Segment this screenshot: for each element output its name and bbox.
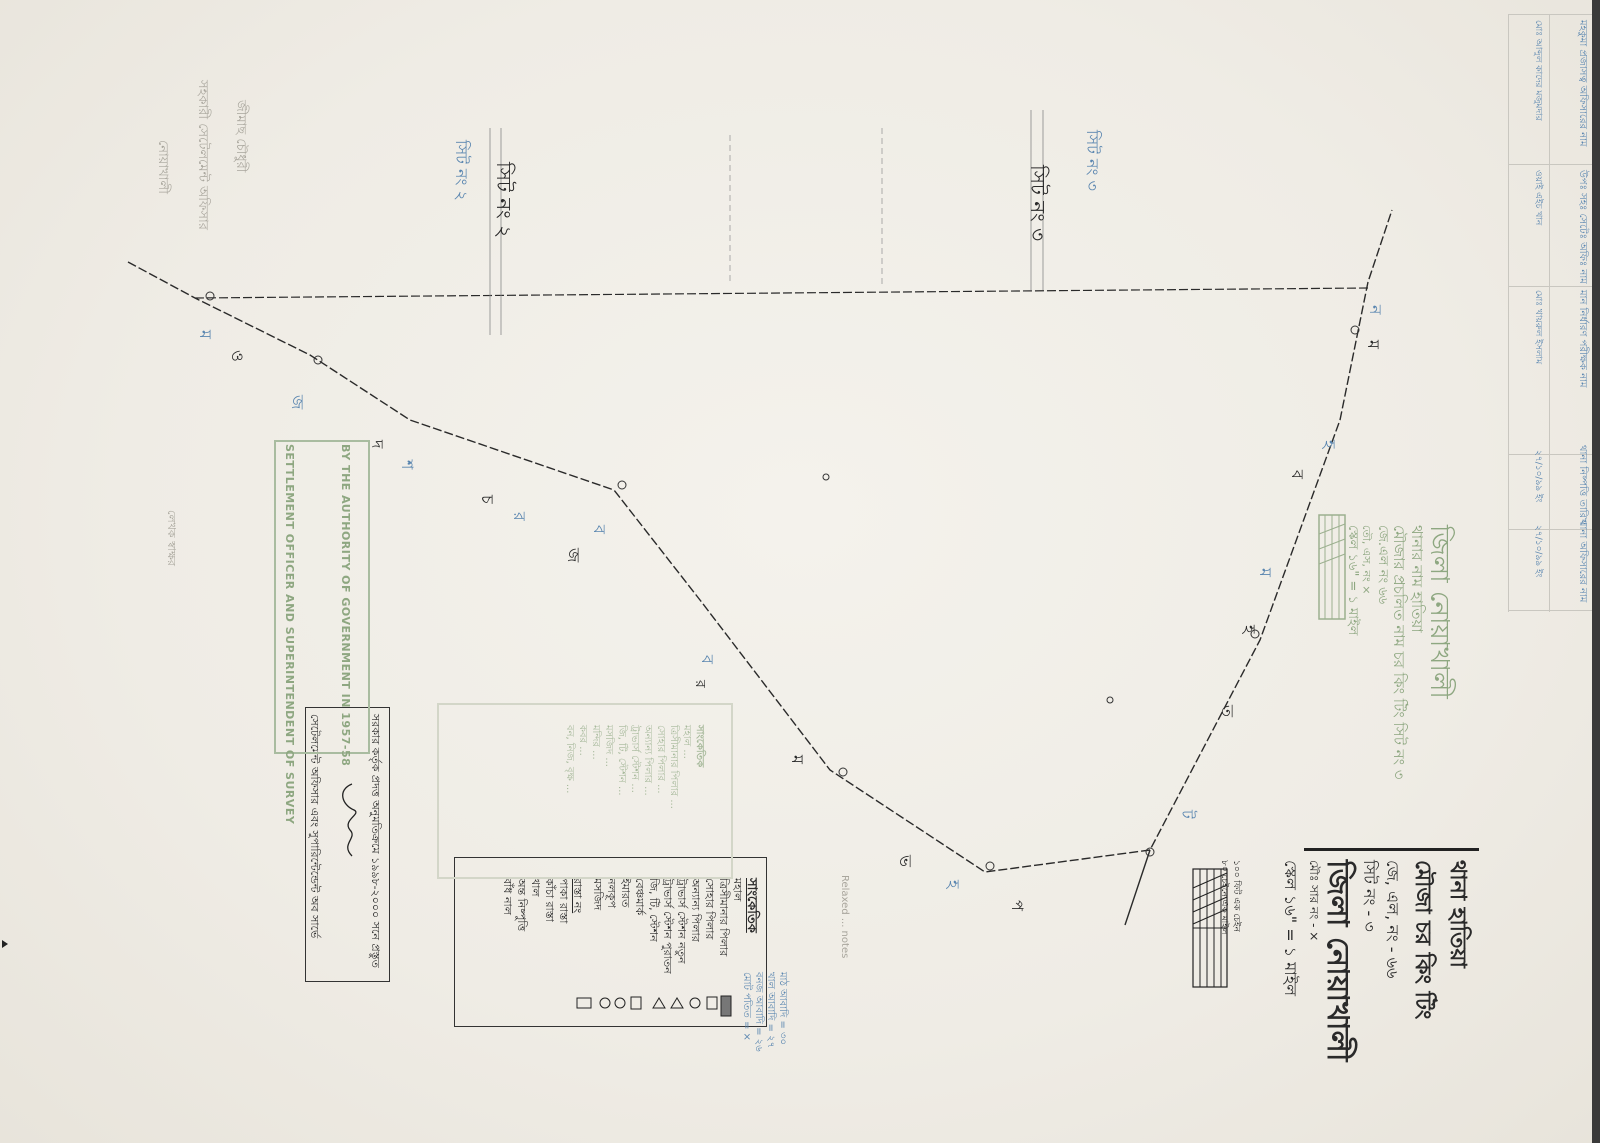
legend-road: বাঁধ নাল [500,878,514,1038]
sheet-label-3: সিট নং ৩ [1019,165,1052,241]
boundary-label: শ [393,460,420,469]
margin-value: মোঃ আব্দুল কাদের মজুমদার [1531,20,1546,121]
margin-header: উপঃ সহঃ সেটেঃ অফিঃ নাম [1573,170,1590,284]
faded-legend-item: বন, নিজ, বৃক্ষ ... [563,725,576,809]
green-scale-icon [1318,514,1348,622]
diagonal-scale-icon [1192,868,1230,990]
pencil-note: লেখক স্বাক্ষর [161,510,180,566]
faded-legend-item: কবর ... [576,725,589,809]
boundary-label: র [505,512,532,521]
handwritten-note: বনজ আবাদি = ২৬ [752,972,764,1052]
faded-legend-item: মহাল ... [680,725,693,809]
faded-legend-item: সোহার পিলার ... [654,725,667,809]
boundary-label: জ [559,548,586,562]
boundary-label: ট [1173,810,1200,819]
jl-number: জে, এল, নং - ৬৬ [1378,860,1405,978]
margin-value: ২৭/১০/৯৯ ইং [1531,450,1546,503]
handwritten-note: মাঠ আবাদি = ৩০ [776,972,788,1052]
boundary-label: র [688,680,712,688]
handwritten-note: মোট পতিত = × [740,972,752,1052]
thana-label: থানা হাতিয়া [1438,860,1475,968]
boundary-label: ন [1361,305,1388,315]
pencil-note: জীমাছ চৌধুরী [229,100,250,173]
faded-legend-item: অন্যান্য পিলার ... [641,725,654,809]
boundary-label: চ [473,495,500,504]
boundary-label: ব [585,525,612,534]
sheet-label-2: সিট নং ২ [485,162,518,238]
boundary-label: প [1003,900,1030,911]
handwritten-note: খাল আবাদি = ২৭ [764,972,776,1052]
boundary-label: হ [1235,625,1262,633]
legend-road: অন্ত নিষ্পুত্তি [514,878,528,1038]
scale-label: স্কেল ১৬" = ১ মাইল [1276,860,1303,996]
faded-legend-title: সাংকেতিক [693,725,706,809]
boundary-label: ম [783,755,810,764]
boundary-label: হ [939,880,966,888]
margin-header: থানা নিষ্পত্তি তারিখ [1573,445,1590,525]
signature-icon [332,780,372,860]
pencil-note: Relaxed ... notes [839,875,850,958]
boundary-label: ম [1251,568,1278,577]
legend-road: খাল [528,878,542,1038]
boundary-label: ম [1359,340,1386,349]
settlement-stamp-line-2: SETTLEMENT OFFICER AND SUPERINTENDENT OF… [283,444,296,824]
margin-value: ওয়াই এইচ খান [1531,170,1546,225]
faded-legend-item: মসজিদ ... [602,725,615,809]
boundary-label: ম [191,330,218,339]
legend-handwritten-notes: মাঠ আবাদি = ৩০ খাল আবাদি = ২৭ বনজ আবাদি … [740,972,788,1052]
boundary-label: হ [1315,440,1342,448]
pencil-note: নোয়াখালী [151,140,172,194]
legend-symbols [575,968,765,1020]
faded-legend-item: মন্দির ... [589,725,602,809]
faded-legend-item: ত্রিসীমানার পিলার ... [667,725,680,809]
legend-road: পাকা রাস্তা [556,878,570,1038]
map-sheet: সিট নং ২ সিট নং ২ সিট নং ৩ সিট নং ৩ ম ও … [0,0,1600,1143]
title-rule [1304,848,1479,851]
sheet-label-3-blue: সিট নং ৩ [1078,130,1105,191]
faded-legend-content: সাংকেতিক মহাল ... ত্রিসীমানার পিলার ... … [563,725,706,809]
mouza-serial: মৌঃ সার নং - × [1302,860,1322,941]
boundary-label: ব [1283,470,1310,479]
settlement-stamp-line-1: BY THE AUTHORITY OF GOVERNMENT IN 1957-5… [339,444,352,766]
mouza-label: মৌজা চর কিং টিং [1403,860,1440,1019]
faded-legend-item: জি, টি, স্টেশন ... [615,725,628,809]
boundary-label: ত [1213,705,1240,717]
faded-legend-item: ট্রাভার্স স্টেশন ... [628,725,641,809]
margin-value: ২৭/১০/৯৯ ইং [1531,525,1546,578]
boundary-label: ব [693,655,720,664]
boundary-label: ভ [891,855,918,867]
scan-edge [1592,0,1600,1143]
boundary-label: ও [223,350,250,362]
boundary-label: জ [283,395,310,409]
margin-header: থানা অফিসারের নাম [1573,520,1590,602]
pencil-note: সহকারী সেটেলমেন্ট অফিসার [191,80,212,230]
margin-header: মহকুমা প্রজাসত্ব অফিসারের নাম [1573,20,1590,147]
margin-value: মোঃ খায়রুল ইসলাম [1531,290,1546,364]
legend-road: কাঁচা রাস্তা [542,878,556,1038]
sheet-label-2-blue: সিট নং ২ [447,140,474,201]
margin-header: মান নির্ধারণ পরীক্ষক নাম [1573,290,1590,388]
